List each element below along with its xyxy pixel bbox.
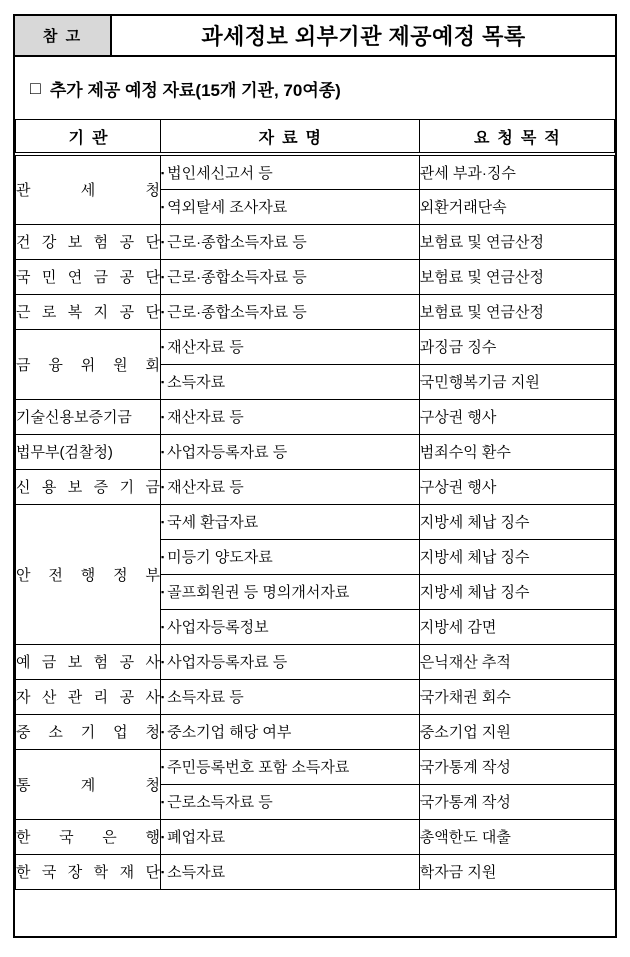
table-row: 중 소 기 업 청▪중소기업 해당 여부중소기업 지원 [16,714,615,749]
data-name-cell: ▪근로·종합소득자료 등 [160,224,419,259]
data-name-cell: ▪폐업자료 [160,819,419,854]
table-row: 법무부(검찰청)▪사업자등록자료 등범죄수익 환수 [16,434,615,469]
table-row: 금 융 위 원 회▪재산자료 등과징금 징수 [16,329,615,364]
data-name-text: 역외탈세 조사자료 [167,199,287,216]
data-name-cell: ▪소득자료 등 [160,679,419,714]
data-name-cell: ▪미등기 양도자료 [160,539,419,574]
ballot-box-icon: □ [30,79,41,97]
table-row: 예 금 보 험 공 사▪사업자등록자료 등은닉재산 추적 [16,644,615,679]
table-row: 관 세 청▪법인세신고서 등관세 부과·징수 [16,154,615,189]
bullet-icon: ▪ [161,832,164,842]
data-name-text: 재산자료 등 [167,479,244,496]
organization-cell: 중 소 기 업 청 [16,714,161,749]
purpose-cell: 보험료 및 연금산정 [419,224,614,259]
table-row: 근 로 복 지 공 단▪근로·종합소득자료 등보험료 및 연금산정 [16,294,615,329]
table-row: 건 강 보 험 공 단▪근로·종합소득자료 등보험료 및 연금산정 [16,224,615,259]
bullet-icon: ▪ [161,797,164,807]
purpose-cell: 은닉재산 추적 [419,644,614,679]
purpose-cell: 보험료 및 연금산정 [419,294,614,329]
data-name-text: 소득자료 [167,864,225,881]
data-name-text: 법인세신고서 등 [167,165,273,182]
data-name-cell: ▪재산자료 등 [160,469,419,504]
purpose-cell: 구상권 행사 [419,469,614,504]
table-header: 기 관 자 료 명 요 청 목 적 [16,120,615,155]
data-name-text: 골프회원권 등 명의개서자료 [167,584,349,601]
bullet-icon: ▪ [161,867,164,877]
purpose-cell: 관세 부과·징수 [419,154,614,189]
data-name-text: 소득자료 [167,374,225,391]
organization-cell: 자 산 관 리 공 사 [16,679,161,714]
data-name-text: 소득자료 등 [167,689,244,706]
document-page: 참 고 과세정보 외부기관 제공예정 목록 □ 추가 제공 예정 자료(15개 … [13,14,617,938]
data-name-text: 근로·종합소득자료 등 [167,269,307,286]
bullet-icon: ▪ [161,307,164,317]
table-row: 안 전 행 정 부▪국세 환급자료지방세 체납 징수 [16,504,615,539]
data-name-cell: ▪법인세신고서 등 [160,154,419,189]
column-header-request-purpose: 요 청 목 적 [419,120,614,155]
bullet-icon: ▪ [161,762,164,772]
data-name-text: 근로·종합소득자료 등 [167,304,307,321]
organization-cell: 한 국 은 행 [16,819,161,854]
purpose-cell: 지방세 체납 징수 [419,539,614,574]
data-name-cell: ▪소득자료 [160,364,419,399]
table-row: 자 산 관 리 공 사▪소득자료 등국가채권 회수 [16,679,615,714]
data-name-cell: ▪근로·종합소득자료 등 [160,294,419,329]
organization-cell: 예 금 보 험 공 사 [16,644,161,679]
bullet-icon: ▪ [161,237,164,247]
data-name-text: 미등기 양도자료 [167,549,273,566]
data-name-cell: ▪중소기업 해당 여부 [160,714,419,749]
data-name-cell: ▪역외탈세 조사자료 [160,189,419,224]
organization-cell: 신 용 보 증 기 금 [16,469,161,504]
data-name-text: 근로·종합소득자료 등 [167,234,307,251]
data-name-text: 폐업자료 [167,829,225,846]
data-name-text: 재산자료 등 [167,339,244,356]
provision-table: 기 관 자 료 명 요 청 목 적 관 세 청▪법인세신고서 등관세 부과·징수… [15,119,615,890]
organization-cell: 안 전 행 정 부 [16,504,161,644]
table-body: 관 세 청▪법인세신고서 등관세 부과·징수▪역외탈세 조사자료외환거래단속건 … [16,154,615,889]
bullet-icon: ▪ [161,377,164,387]
purpose-cell: 국민행복기금 지원 [419,364,614,399]
data-name-text: 사업자등록자료 등 [167,444,287,461]
reference-badge: 참 고 [15,16,112,55]
bullet-icon: ▪ [161,272,164,282]
purpose-cell: 국가채권 회수 [419,679,614,714]
table-header-row: 기 관 자 료 명 요 청 목 적 [16,120,615,155]
purpose-cell: 총액한도 대출 [419,819,614,854]
organization-cell: 국 민 연 금 공 단 [16,259,161,294]
purpose-cell: 지방세 체납 징수 [419,574,614,609]
section-heading: □ 추가 제공 예정 자료(15개 기관, 70여종) [15,57,615,119]
data-name-cell: ▪사업자등록자료 등 [160,644,419,679]
bullet-icon: ▪ [161,482,164,492]
organization-cell: 관 세 청 [16,154,161,224]
bullet-icon: ▪ [161,447,164,457]
data-name-cell: ▪사업자등록정보 [160,609,419,644]
purpose-cell: 과징금 징수 [419,329,614,364]
bullet-icon: ▪ [161,587,164,597]
table-row: 국 민 연 금 공 단▪근로·종합소득자료 등보험료 및 연금산정 [16,259,615,294]
bullet-icon: ▪ [161,412,164,422]
purpose-cell: 보험료 및 연금산정 [419,259,614,294]
data-name-cell: ▪근로소득자료 등 [160,784,419,819]
bullet-icon: ▪ [161,517,164,527]
data-name-text: 재산자료 등 [167,409,244,426]
bullet-icon: ▪ [161,657,164,667]
bullet-icon: ▪ [161,168,164,178]
data-name-cell: ▪국세 환급자료 [160,504,419,539]
title-row: 참 고 과세정보 외부기관 제공예정 목록 [15,16,615,57]
organization-cell: 통 계 청 [16,749,161,819]
organization-cell: 법무부(검찰청) [16,434,161,469]
data-name-cell: ▪근로·종합소득자료 등 [160,259,419,294]
bullet-icon: ▪ [161,202,164,212]
data-name-cell: ▪재산자료 등 [160,399,419,434]
table-row: 한 국 장 학 재 단▪소득자료학자금 지원 [16,854,615,889]
table-row: 통 계 청▪주민등록번호 포함 소득자료국가통계 작성 [16,749,615,784]
data-name-text: 근로소득자료 등 [167,794,273,811]
page-title: 과세정보 외부기관 제공예정 목록 [112,16,615,55]
purpose-cell: 범죄수익 환수 [419,434,614,469]
column-header-data-name: 자 료 명 [160,120,419,155]
section-heading-text: 추가 제공 예정 자료(15개 기관, 70여종) [50,76,341,101]
data-name-text: 중소기업 해당 여부 [167,724,291,741]
data-name-text: 주민등록번호 포함 소득자료 [167,759,349,776]
data-name-text: 사업자등록자료 등 [167,654,287,671]
organization-cell: 근 로 복 지 공 단 [16,294,161,329]
table-row: 기술신용보증기금▪재산자료 등구상권 행사 [16,399,615,434]
data-name-cell: ▪사업자등록자료 등 [160,434,419,469]
data-name-cell: ▪소득자료 [160,854,419,889]
organization-cell: 금 융 위 원 회 [16,329,161,399]
table-row: 신 용 보 증 기 금▪재산자료 등구상권 행사 [16,469,615,504]
bullet-icon: ▪ [161,692,164,702]
column-header-organization: 기 관 [16,120,161,155]
bullet-icon: ▪ [161,622,164,632]
data-name-cell: ▪골프회원권 등 명의개서자료 [160,574,419,609]
data-name-text: 사업자등록정보 [167,619,268,636]
table-row: 한 국 은 행▪폐업자료총액한도 대출 [16,819,615,854]
organization-cell: 한 국 장 학 재 단 [16,854,161,889]
bullet-icon: ▪ [161,727,164,737]
purpose-cell: 학자금 지원 [419,854,614,889]
bullet-icon: ▪ [161,342,164,352]
organization-cell: 기술신용보증기금 [16,399,161,434]
purpose-cell: 지방세 체납 징수 [419,504,614,539]
purpose-cell: 지방세 감면 [419,609,614,644]
purpose-cell: 구상권 행사 [419,399,614,434]
bullet-icon: ▪ [161,552,164,562]
purpose-cell: 국가통계 작성 [419,749,614,784]
data-name-text: 국세 환급자료 [167,514,258,531]
data-name-cell: ▪주민등록번호 포함 소득자료 [160,749,419,784]
purpose-cell: 국가통계 작성 [419,784,614,819]
organization-cell: 건 강 보 험 공 단 [16,224,161,259]
purpose-cell: 외환거래단속 [419,189,614,224]
purpose-cell: 중소기업 지원 [419,714,614,749]
data-name-cell: ▪재산자료 등 [160,329,419,364]
